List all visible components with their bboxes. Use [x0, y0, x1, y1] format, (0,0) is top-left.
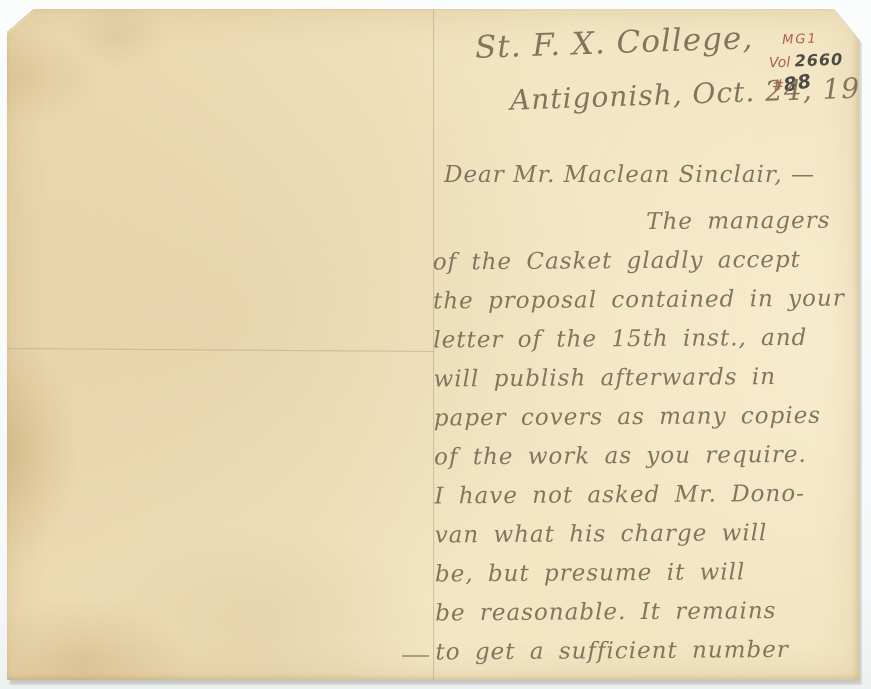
letter-line: van what his charge will	[435, 514, 855, 556]
letter-line: paper covers as many copies	[434, 397, 854, 439]
letter-line: to get a sufficient number	[435, 631, 855, 673]
letter-line: of the Casket gladly accept	[433, 241, 853, 283]
stamp-collection-code: MG1	[782, 32, 818, 48]
folded-corner-crease	[6, 8, 36, 33]
letter-line: I have not asked Mr. Dono-	[434, 475, 854, 517]
letter-heading-date: Antigonish, Oct. 24, 1900	[510, 70, 871, 117]
stamp-volume-label: Vol	[769, 55, 791, 72]
letter-heading-place: St. F. X. College,	[474, 20, 753, 66]
folded-corner	[7, 9, 36, 34]
letter-salutation: Dear Mr. Maclean Sinclair, —	[444, 162, 815, 188]
letter-line: The managers	[432, 202, 852, 244]
letter-line: will publish afterwards in	[433, 358, 853, 400]
archival-stamp-collection: MG1	[768, 28, 843, 52]
letter-line: of the work as you require.	[434, 436, 854, 478]
letter-scan: MG1 Vol 2660 # 88 St. F. X. College, Ant…	[0, 0, 871, 689]
letter-line: letter of the 15th inst., and	[433, 319, 853, 361]
stamp-volume-number: 2660	[794, 50, 843, 71]
horizontal-fold-line	[7, 348, 434, 353]
letter-line: the proposal contained in your	[433, 280, 853, 322]
letter-line: be, but presume it will	[435, 553, 855, 595]
letter-line: be reasonable. It remains	[435, 592, 855, 634]
letter-paper: MG1 Vol 2660 # 88 St. F. X. College, Ant…	[7, 9, 859, 680]
stray-pencil-dash	[402, 655, 429, 657]
letter-body: The managers of the Casket gladly accept…	[432, 202, 855, 673]
